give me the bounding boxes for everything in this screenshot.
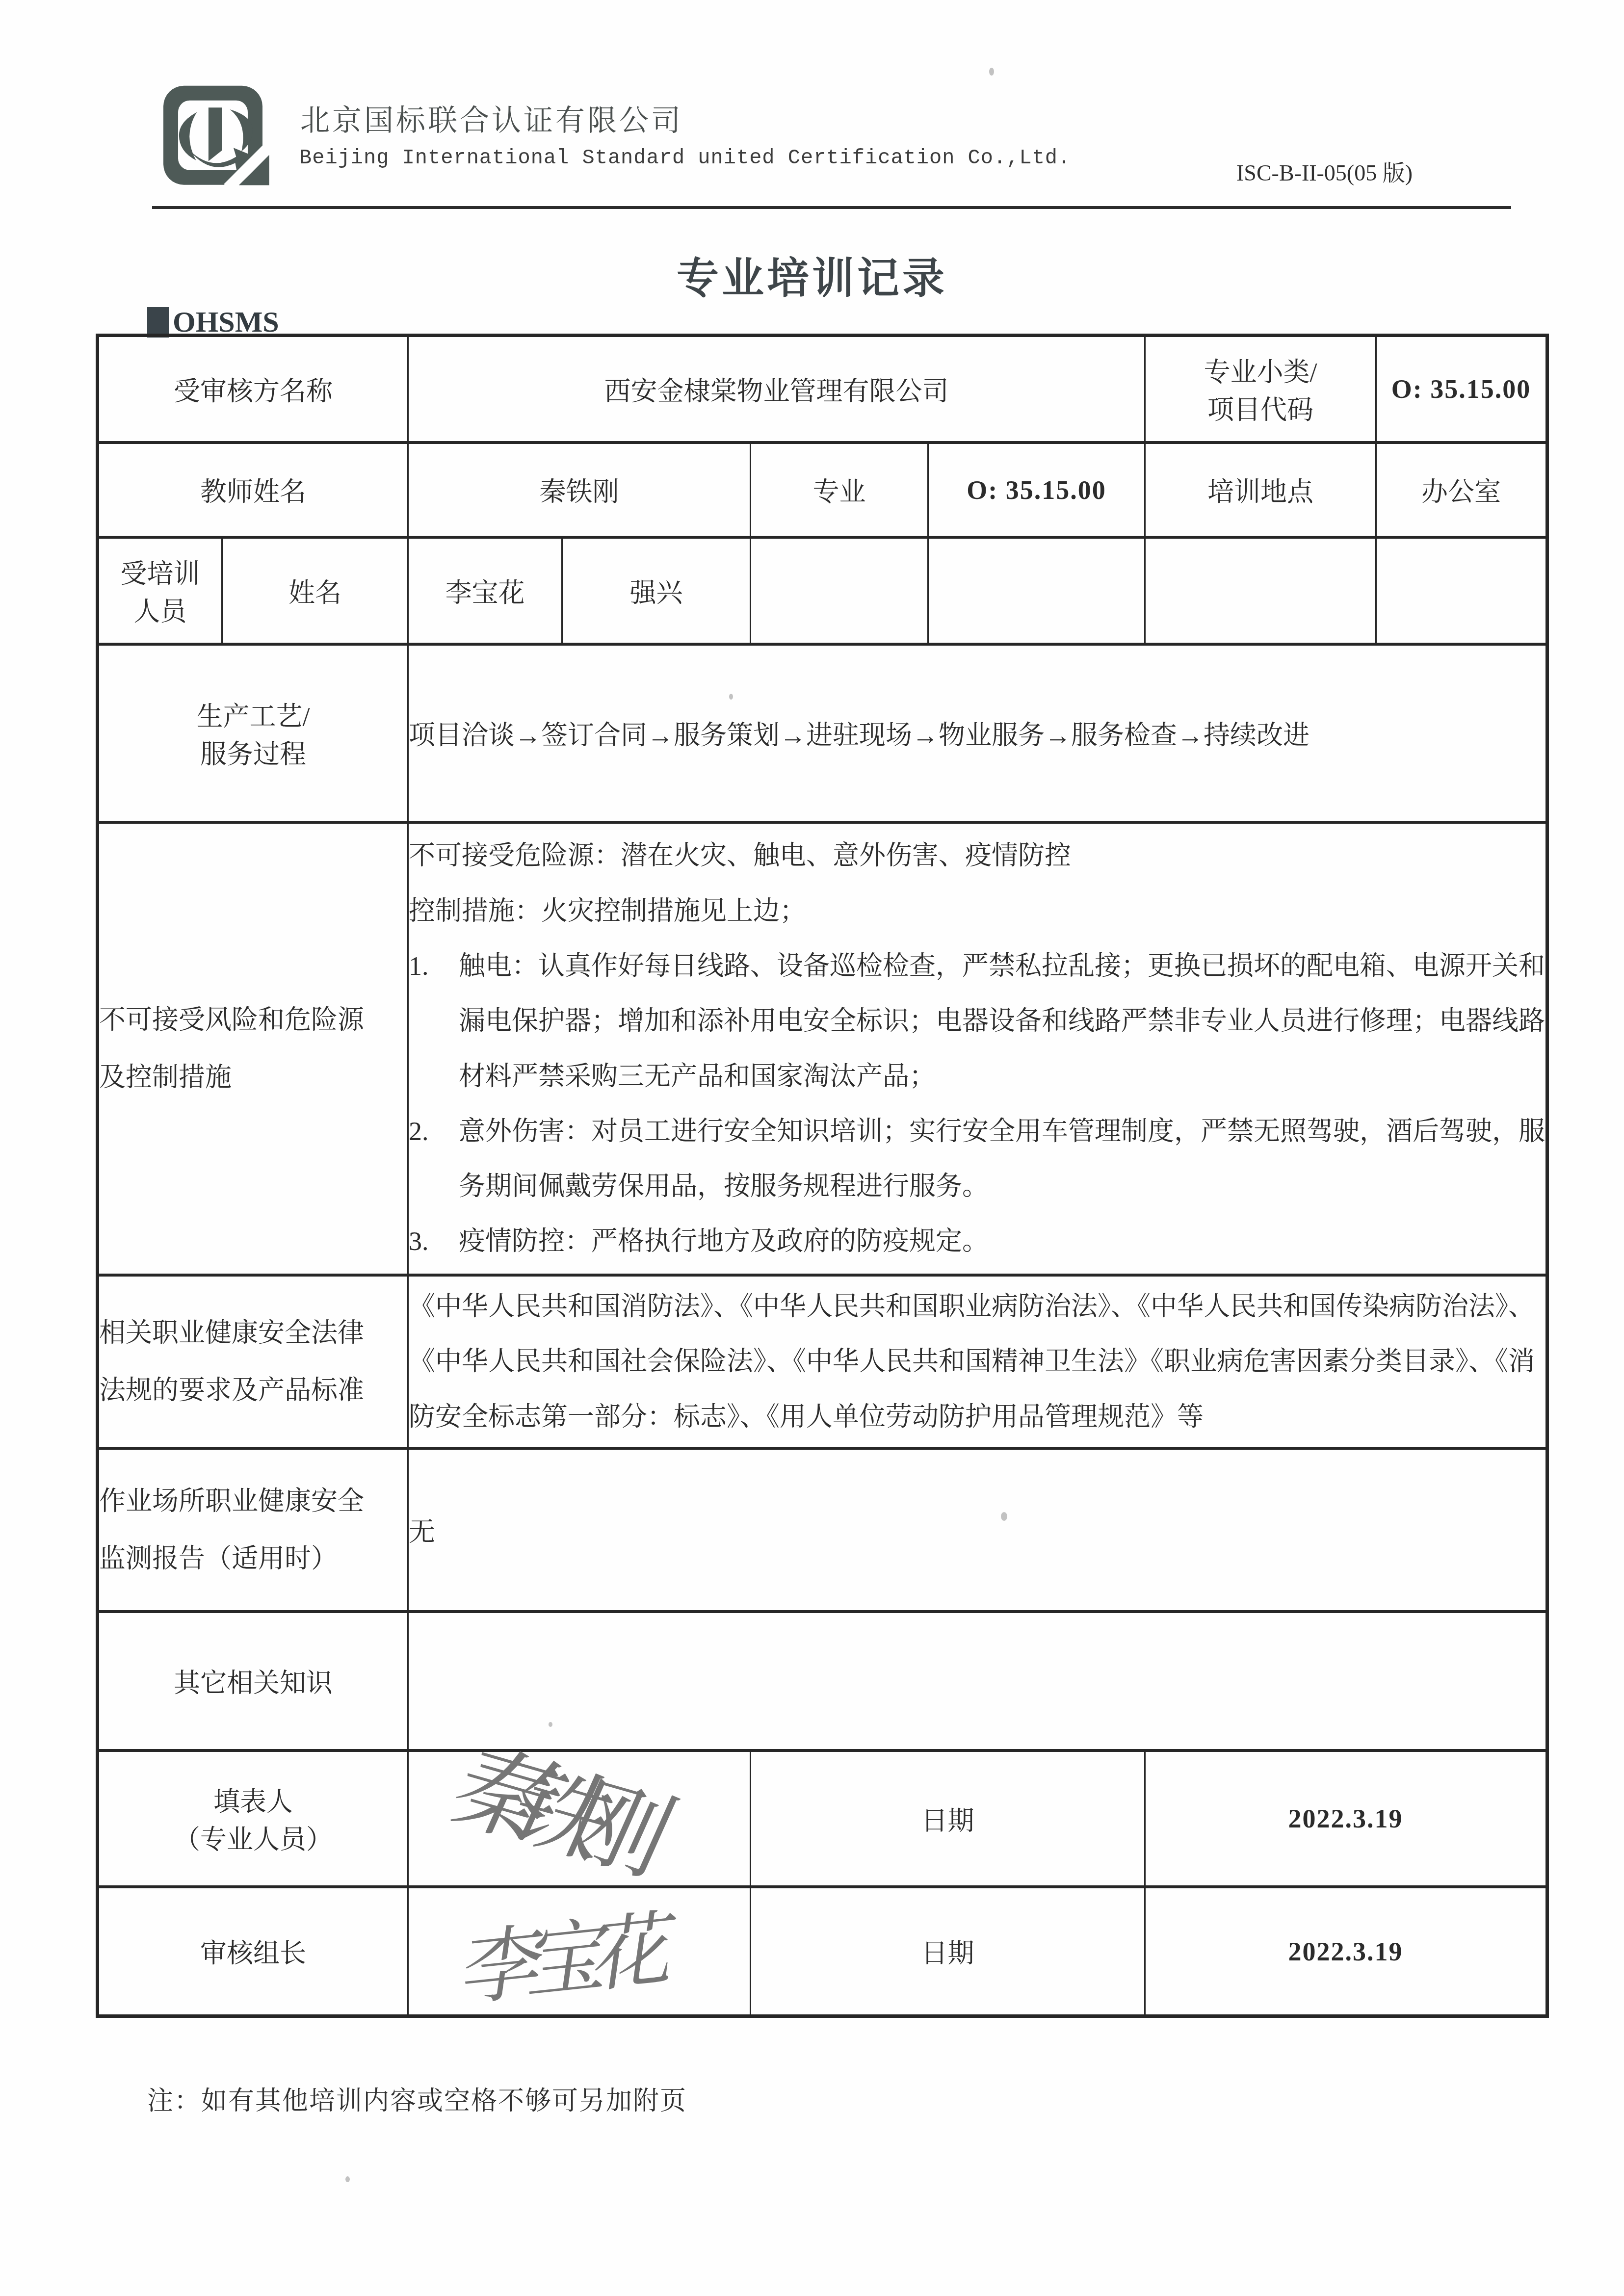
major-label: 专业 xyxy=(751,443,928,537)
audit-leader-date-label: 日期 xyxy=(751,1887,1145,2016)
trainee-name: 强兴 xyxy=(562,537,751,644)
scan-speck xyxy=(345,2176,350,2182)
laws-value: 《中华人民共和国消防法》、《中华人民共和国职业病防治法》、《中华人民共和国传染病… xyxy=(408,1275,1547,1448)
audit-leader-signature-cell xyxy=(408,1887,751,2016)
row-audit-leader: 审核组长 日期 2022.3.19 xyxy=(98,1887,1547,2016)
row-other-knowledge: 其它相关知识 xyxy=(98,1612,1547,1750)
location-label: 培训地点 xyxy=(1145,443,1376,537)
preparer-date-value: 2022.3.19 xyxy=(1145,1750,1547,1887)
header-company-name-cn: 北京国标联合认证有限公司 xyxy=(300,97,683,139)
row-monitoring: 作业场所职业健康安全 监测报告（适用时） 无 xyxy=(98,1448,1547,1612)
risk-content: 不可接受危险源：潜在火灾、触电、意外伤害、疫情防控 控制措施：火灾控制措施见上边… xyxy=(408,822,1547,1275)
location-value: 办公室 xyxy=(1376,443,1547,537)
other-knowledge-label: 其它相关知识 xyxy=(98,1612,408,1750)
trainee-name xyxy=(751,537,928,644)
risk-item-number: 1. xyxy=(409,939,429,993)
monitoring-label: 作业场所职业健康安全 监测报告（适用时） xyxy=(98,1448,408,1612)
other-knowledge-value xyxy=(408,1612,1547,1750)
trainee-name xyxy=(1376,537,1547,644)
laws-label: 相关职业健康安全法律 法规的要求及产品标准 xyxy=(98,1275,408,1448)
risk-item: 1. 触电：认真作好每日线路、设备巡检检查，严禁私拉乱接；更换已损坏的配电箱、电… xyxy=(409,939,1545,1104)
auditee-value: 西安金棣棠物业管理有限公司 xyxy=(408,336,1145,443)
scan-speck xyxy=(1001,1512,1007,1521)
risk-item-text: 触电：认真作好每日线路、设备巡检检查，严禁私拉乱接；更换已损坏的配电箱、电源开关… xyxy=(459,951,1545,1091)
row-risk: 不可接受风险和危险源 及控制措施 不可接受危险源：潜在火灾、触电、意外伤害、疫情… xyxy=(98,822,1547,1275)
document-code: ISC-B-II-05(05 版) xyxy=(1236,155,1467,187)
trainees-name-label: 姓名 xyxy=(222,537,408,644)
scan-speck xyxy=(729,694,733,700)
scan-speck xyxy=(989,68,994,76)
process-label: 生产工艺/ 服务过程 xyxy=(98,644,408,822)
audit-leader-label: 审核组长 xyxy=(98,1887,408,2016)
row-laws: 相关职业健康安全法律 法规的要求及产品标准 《中华人民共和国消防法》、《中华人民… xyxy=(98,1275,1547,1448)
monitoring-value: 无 xyxy=(408,1448,1547,1612)
teacher-value: 秦铁刚 xyxy=(408,443,751,537)
trainee-name: 李宝花 xyxy=(408,537,562,644)
subcategory-label: 专业小类/ 项目代码 xyxy=(1145,336,1376,443)
risk-item-text: 疫情防控：严格执行地方及政府的防疫规定。 xyxy=(459,1226,989,1256)
risk-hazards-line: 不可接受危险源：潜在火灾、触电、意外伤害、疫情防控 xyxy=(409,828,1545,883)
risk-item-number: 3. xyxy=(409,1214,429,1269)
page-title: 专业培训记录 xyxy=(0,244,1624,305)
row-preparer: 填表人 （专业人员） 日期 2022.3.19 xyxy=(98,1750,1547,1887)
risk-item: 2. 意外伤害：对员工进行安全知识培训；实行安全用车管理制度，严禁无照驾驶，酒后… xyxy=(409,1104,1545,1214)
subcategory-value: O: 35.15.00 xyxy=(1376,336,1547,443)
teacher-label: 教师姓名 xyxy=(98,443,408,537)
scan-speck xyxy=(549,1722,552,1727)
trainee-name xyxy=(1145,537,1376,644)
scanned-training-record-page: 北京国标联合认证有限公司 Beijing International Stand… xyxy=(0,0,1624,2296)
risk-item-text: 意外伤害：对员工进行安全知识培训；实行安全用车管理制度，严禁无照驾驶，酒后驾驶，… xyxy=(459,1117,1545,1201)
row-process: 生产工艺/ 服务过程 项目洽谈→签订合同→服务策划→进驻现场→物业服务→服务检查… xyxy=(98,644,1547,822)
risk-item-number: 2. xyxy=(409,1104,429,1159)
trainee-name xyxy=(928,537,1145,644)
risk-label: 不可接受风险和危险源 及控制措施 xyxy=(98,822,408,1275)
risk-controls-line: 控制措施：火灾控制措施见上边； xyxy=(409,884,1545,939)
trainees-group-label: 受培训 人员 xyxy=(98,537,222,644)
row-teacher: 教师姓名 秦铁刚 专业 O: 35.15.00 培训地点 办公室 xyxy=(98,443,1547,537)
risk-item: 3. 疫情防控：严格执行地方及政府的防疫规定。 xyxy=(409,1214,1545,1269)
row-trainees: 受培训 人员 姓名 李宝花 强兴 xyxy=(98,537,1547,644)
training-record-table: 受审核方名称 西安金棣棠物业管理有限公司 专业小类/ 项目代码 O: 35.15… xyxy=(96,334,1549,2018)
preparer-label: 填表人 （专业人员） xyxy=(98,1750,408,1887)
footnote: 注：如有其他培训内容或空格不够可另加附页 xyxy=(147,2080,687,2117)
filled-square-icon xyxy=(147,307,169,338)
major-value: O: 35.15.00 xyxy=(928,443,1145,537)
row-auditee: 受审核方名称 西安金棣棠物业管理有限公司 专业小类/ 项目代码 O: 35.15… xyxy=(98,336,1547,443)
company-logo-icon xyxy=(162,84,274,193)
preparer-signature-cell xyxy=(408,1750,751,1887)
process-value: 项目洽谈→签订合同→服务策划→进驻现场→物业服务→服务检查→持续改进 xyxy=(408,644,1547,822)
header-divider xyxy=(152,206,1511,209)
auditee-label: 受审核方名称 xyxy=(98,336,408,443)
header-company-name-en: Beijing International Standard united Ce… xyxy=(299,146,1071,170)
audit-leader-date-value: 2022.3.19 xyxy=(1145,1887,1547,2016)
preparer-date-label: 日期 xyxy=(751,1750,1145,1887)
